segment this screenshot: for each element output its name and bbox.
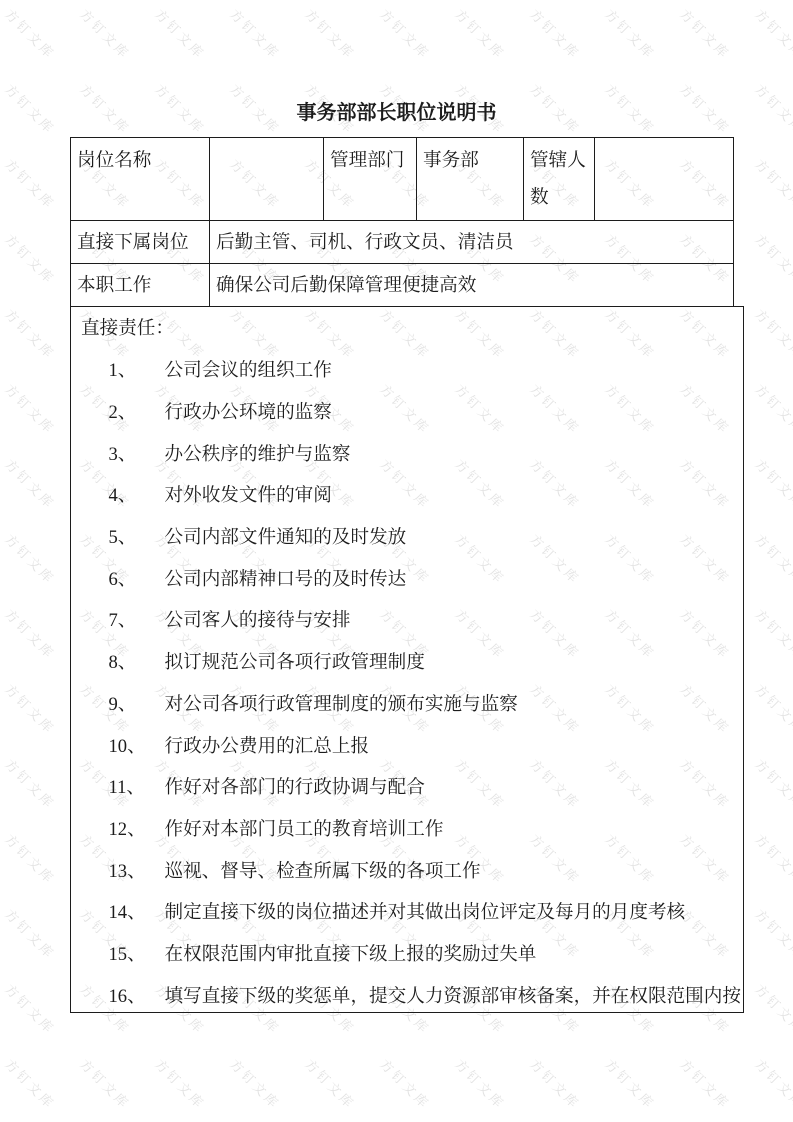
watermark-text: 方钉文库 (527, 7, 582, 62)
duty-item: 4、对外收发文件的审阅 (81, 474, 733, 516)
duty-text: 行政办公费用的汇总上报 (165, 732, 734, 758)
watermark-text: 方钉文库 (2, 7, 57, 62)
table-row-job-name: 岗位名称 管理部门 事务部 管辖人数 (71, 138, 734, 221)
duty-number: 13、 (109, 857, 165, 883)
duty-number: 15、 (109, 940, 165, 966)
duty-number: 3、 (109, 440, 165, 466)
watermark-text: 方钉文库 (77, 7, 132, 62)
watermark-text: 方钉文库 (152, 7, 207, 62)
duty-number: 2、 (109, 398, 165, 424)
watermark-text: 方钉文库 (677, 1057, 732, 1112)
watermark-text: 方钉文库 (602, 7, 657, 62)
duty-text: 作好对本部门员工的教育培训工作 (165, 815, 734, 841)
duty-item: 6、公司内部精神口号的及时传达 (81, 557, 733, 599)
main-duty-label-cell: 本职工作 (71, 264, 210, 307)
headcount-label-cell: 管辖人数 (524, 138, 595, 221)
document-page: 方钉文库方钉文库方钉文库方钉文库方钉文库方钉文库方钉文库方钉文库方钉文库方钉文库… (0, 0, 793, 1122)
duty-number: 9、 (109, 690, 165, 716)
duty-item: 2、行政办公环境的监察 (81, 390, 733, 432)
duty-item: 16、填写直接下级的奖惩单，提交人力资源部审核备案，并在权限范围内按 (81, 974, 733, 1016)
watermark-text: 方钉文库 (227, 7, 282, 62)
duty-number: 4、 (109, 481, 165, 507)
duty-text: 对外收发文件的审阅 (165, 481, 734, 507)
watermark-text: 方钉文库 (752, 1057, 793, 1112)
duty-item: 14、制定直接下级的岗位描述并对其做出岗位评定及每月的月度考核 (81, 890, 733, 932)
duty-number: 7、 (109, 606, 165, 632)
table-row-main-duty: 本职工作 确保公司后勤保障管理便捷高效 (71, 264, 734, 307)
table-row-subordinates: 直接下属岗位 后勤主管、司机、行政文员、清洁员 (71, 221, 734, 264)
duty-text: 在权限范围内审批直接下级上报的奖励过失单 (165, 940, 734, 966)
duty-text: 拟订规范公司各项行政管理制度 (165, 648, 734, 674)
job-name-value-cell (210, 138, 324, 221)
watermark-text: 方钉文库 (302, 7, 357, 62)
duty-text: 公司内部精神口号的及时传达 (165, 565, 734, 591)
job-info-table: 岗位名称 管理部门 事务部 管辖人数 直接下属岗位 后勤主管、司机、行政文员、清… (70, 137, 734, 307)
watermark-text: 方钉文库 (77, 1057, 132, 1112)
duty-number: 12、 (109, 815, 165, 841)
watermark-text: 方钉文库 (377, 7, 432, 62)
document-content: 事务部部长职位说明书 岗位名称 管理部门 事务部 管辖人数 直接下属岗位 后勤主… (0, 100, 793, 1013)
duty-item: 15、在权限范围内审批直接下级上报的奖励过失单 (81, 932, 733, 974)
subordinates-value-cell: 后勤主管、司机、行政文员、清洁员 (210, 221, 734, 264)
headcount-value-cell (595, 138, 734, 221)
watermark-text: 方钉文库 (752, 7, 793, 62)
duties-section: 直接责任： 1、公司会议的组织工作 2、行政办公环境的监察 3、办公秩序的维护与… (70, 306, 744, 1014)
duty-number: 1、 (109, 356, 165, 382)
duty-number: 8、 (109, 648, 165, 674)
duty-item: 8、拟订规范公司各项行政管理制度 (81, 640, 733, 682)
watermark-text: 方钉文库 (527, 1057, 582, 1112)
duty-text: 行政办公环境的监察 (165, 398, 734, 424)
duty-item: 5、公司内部文件通知的及时发放 (81, 515, 733, 557)
watermark-text: 方钉文库 (677, 7, 732, 62)
duty-item: 13、巡视、督导、检查所属下级的各项工作 (81, 849, 733, 891)
duty-number: 6、 (109, 565, 165, 591)
watermark-text: 方钉文库 (452, 1057, 507, 1112)
duty-item: 3、办公秩序的维护与监察 (81, 432, 733, 474)
managing-dept-label-cell: 管理部门 (324, 138, 417, 221)
duty-text: 巡视、督导、检查所属下级的各项工作 (165, 857, 734, 883)
duty-item: 1、公司会议的组织工作 (81, 349, 733, 391)
duty-item: 7、公司客人的接待与安排 (81, 599, 733, 641)
duty-item: 12、作好对本部门员工的教育培训工作 (81, 807, 733, 849)
duty-text: 制定直接下级的岗位描述并对其做出岗位评定及每月的月度考核 (165, 898, 734, 924)
duty-text: 公司内部文件通知的及时发放 (165, 523, 734, 549)
duty-item: 11、作好对各部门的行政协调与配合 (81, 765, 733, 807)
duty-text: 公司客人的接待与安排 (165, 606, 734, 632)
duty-text: 填写直接下级的奖惩单，提交人力资源部审核备案，并在权限范围内按 (165, 982, 741, 1008)
duty-number: 10、 (109, 732, 165, 758)
watermark-text: 方钉文库 (152, 1057, 207, 1112)
watermark-text: 方钉文库 (602, 1057, 657, 1112)
managing-dept-value-cell: 事务部 (417, 138, 524, 221)
watermark-text: 方钉文库 (302, 1057, 357, 1112)
job-name-label-cell: 岗位名称 (71, 138, 210, 221)
duty-item: 9、对公司各项行政管理制度的颁布实施与监察 (81, 682, 733, 724)
duty-number: 5、 (109, 523, 165, 549)
watermark-text: 方钉文库 (377, 1057, 432, 1112)
page-title: 事务部部长职位说明书 (0, 100, 793, 126)
duty-number: 11、 (109, 773, 165, 799)
duty-number: 16、 (109, 982, 165, 1008)
main-duty-value-cell: 确保公司后勤保障管理便捷高效 (210, 264, 734, 307)
subordinates-label-cell: 直接下属岗位 (71, 221, 210, 264)
watermark-text: 方钉文库 (227, 1057, 282, 1112)
duty-item: 10、行政办公费用的汇总上报 (81, 724, 733, 766)
duty-number: 14、 (109, 898, 165, 924)
duty-text: 办公秩序的维护与监察 (165, 440, 734, 466)
duties-heading: 直接责任： (81, 317, 733, 341)
duty-text: 作好对各部门的行政协调与配合 (165, 773, 734, 799)
duty-list: 1、公司会议的组织工作 2、行政办公环境的监察 3、办公秩序的维护与监察 4、对… (81, 349, 733, 1016)
duty-text: 公司会议的组织工作 (165, 356, 734, 382)
duty-text: 对公司各项行政管理制度的颁布实施与监察 (165, 690, 734, 716)
watermark-text: 方钉文库 (2, 1057, 57, 1112)
watermark-text: 方钉文库 (452, 7, 507, 62)
